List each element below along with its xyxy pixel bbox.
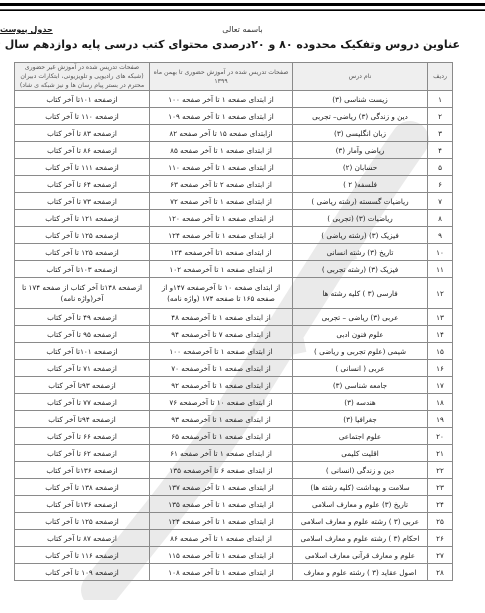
remote-pages-cell: ازصفحه ۱۲۱ تا آخر کتاب <box>15 210 150 227</box>
table-row: ۱۴علوم فنون ادبیاز ابتدای صفحه ۷ تا آخرص… <box>15 326 453 343</box>
subject-cell: احکام (۳ ) رشته علوم و معارف اسلامی <box>293 530 428 547</box>
row-number-cell: ۸ <box>428 210 453 227</box>
remote-pages-cell: ازصفحه ۱۰۱تا آخر کتاب <box>15 91 150 108</box>
in-person-pages-cell: از ابتدای صفحه ۱تا آخرصفحه ۱۲۴ <box>150 244 293 261</box>
subject-cell: ریاضیات (۳) (تجربی ) <box>293 210 428 227</box>
row-number-cell: ۱۱ <box>428 261 453 278</box>
in-person-pages-cell: از ابتدای صفحه ۱ تا آخرصفحه ۱۰۲ <box>150 261 293 278</box>
subject-cell: علوم اجتماعی <box>293 428 428 445</box>
table-row: ۲دین و زندگی (۳) ریاضی– تجربیاز ابتدای ص… <box>15 108 453 125</box>
subject-cell: عربی (۳) ریاضی – تجربی <box>293 309 428 326</box>
table-row: ۲۱اقلیت کلیمیاز ابتدای صفحه ۱ تا آخر صفح… <box>15 445 453 462</box>
remote-pages-cell: ازصفحه ۶۴ تا آخر کتاب <box>15 176 150 193</box>
row-number-cell: ۲۵ <box>428 513 453 530</box>
in-person-pages-cell: از ابتدای صفحه ۱ تا آخرصفحه ۶۵ <box>150 428 293 445</box>
row-number-cell: ۶ <box>428 176 453 193</box>
in-person-pages-cell: از ابتدای صفحه ۱ تا آخر صفحه ۱۲۰ <box>150 210 293 227</box>
in-person-pages-cell: از ابتدای صفحه ۱ تا آخرصفحه ۴۸ <box>150 309 293 326</box>
subject-cell: فلسفه( ۲ ) <box>293 176 428 193</box>
subject-cell: شیمی (علوم تجربی و ریاضی ) <box>293 343 428 360</box>
remote-pages-cell: ازصفحه ۸۷ تا آخر کتاب <box>15 530 150 547</box>
remote-pages-cell: ازصفحه ۱۰۳تا آخر کتاب <box>15 261 150 278</box>
subject-cell: تاریخ (۳) علوم و معارف اسلامی <box>293 496 428 513</box>
row-number-cell: ۵ <box>428 159 453 176</box>
table-row: ۱۷جامعه شناسی (۳)از ابتدای صفحه ۱ تا آخر… <box>15 377 453 394</box>
in-person-pages-cell: از ابتدای صفحه ۱ تا آخرصفحه ۷۰ <box>150 360 293 377</box>
row-number-cell: ۲۸ <box>428 564 453 581</box>
subject-cell: فارسی (۳ ) کلیه رشته ها <box>293 278 428 309</box>
row-number-cell: ۱۳ <box>428 309 453 326</box>
row-number-cell: ۲۴ <box>428 496 453 513</box>
in-person-pages-cell: از ابتدای صفحه ۶ تا آخرصفحه ۱۳۵ <box>150 462 293 479</box>
bismillah-heading: باسمه تعالی <box>0 25 485 34</box>
curriculum-table: ردیف نام درس صفحات تدریس شده در آموزش حض… <box>14 62 453 581</box>
table-row: ۲۴تاریخ (۳) علوم و معارف اسلامیاز ابتدای… <box>15 496 453 513</box>
row-number-cell: ۱۲ <box>428 278 453 309</box>
table-row: ۳زبان انگلیسی (۳)ازابتدای صفحه ۱۵ تا آخر… <box>15 125 453 142</box>
subject-cell: جغرافیا (۳) <box>293 411 428 428</box>
in-person-pages-cell: از ابتدای صفحه ۱ تا آخر صفحه ۱۳۷ <box>150 479 293 496</box>
table-row: ۲۸اصول عقاید (۳ ) رشته علوم و معارفاز اب… <box>15 564 453 581</box>
row-number-cell: ۷ <box>428 193 453 210</box>
remote-pages-cell: ازصفحه ۷۱ تا آخر کتاب <box>15 360 150 377</box>
in-person-pages-cell: از ابتدای صفحه ۱ تا آخر صفحه ۱۱۵ <box>150 547 293 564</box>
row-number-cell: ۲۷ <box>428 547 453 564</box>
row-number-cell: ۱ <box>428 91 453 108</box>
table-row: ۱زیست شناسی (۳)از ابتدای صفحه ۱ تا آخر ص… <box>15 91 453 108</box>
row-number-cell: ۲۱ <box>428 445 453 462</box>
row-number-cell: ۱۸ <box>428 394 453 411</box>
remote-pages-cell: ازصفحه ۱۲۵ تا آخر کتاب <box>15 244 150 261</box>
table-row: ۱۲فارسی (۳ ) کلیه رشته هااز ابتدای صفحه … <box>15 278 453 309</box>
in-person-pages-cell: ازابتدای صفحه ۱۵ تا آخر صفحه ۸۲ <box>150 125 293 142</box>
table-row: ۲۶احکام (۳ ) رشته علوم و معارف اسلامیاز … <box>15 530 453 547</box>
header-row-number: ردیف <box>428 63 453 91</box>
row-number-cell: ۴ <box>428 142 453 159</box>
in-person-pages-cell: از ابتدای صفحه ۱ تا آخر صفحه ۱۰۰ <box>150 91 293 108</box>
subject-cell: عربی (۳ ) رشته علوم و معارف اسلامی <box>293 513 428 530</box>
in-person-pages-cell: از ابتدای صفحه ۱ تا آخر صفحه ۱۲۴ <box>150 513 293 530</box>
table-row: ۱۸هندسه (۳)از ابتدای صفحه ۱۰ تا آخرصفحه … <box>15 394 453 411</box>
subject-cell: علوم فنون ادبی <box>293 326 428 343</box>
top-thin-rule <box>0 9 485 10</box>
row-number-cell: ۲۶ <box>428 530 453 547</box>
table-row: ۹فیزیک (۳) (رشته ریاضی )از ابتدای صفحه ۱… <box>15 227 453 244</box>
subject-cell: اصول عقاید (۳ ) رشته علوم و معارف <box>293 564 428 581</box>
subject-cell: سلامت و بهداشت (کلیه رشته ها) <box>293 479 428 496</box>
subject-cell: ریاضیات گسسته (رشته ریاضی ) <box>293 193 428 210</box>
in-person-pages-cell: از ابتدای صفحه ۱ تا آخر صفحه ۱۰۸ <box>150 564 293 581</box>
remote-pages-cell: ازصفحه ۹۴تا آخر کتاب <box>15 411 150 428</box>
subject-cell: دین و زندگی (۳) ریاضی– تجربی <box>293 108 428 125</box>
row-number-cell: ۱۶ <box>428 360 453 377</box>
header-in-person-pages: صفحات تدریس شده در آموزش حضوری تا بهمن م… <box>150 63 293 91</box>
in-person-pages-cell: از ابتدای صفحه ۱۰ تا آخرصفحه ۱۴۷و از صفح… <box>150 278 293 309</box>
remote-pages-cell: ازصفحه ۱۲۵ تا آخر کتاب <box>15 513 150 530</box>
in-person-pages-cell: از ابتدای صفحه ۱ تا آخر صفحه ۱۱۰ <box>150 159 293 176</box>
table-row: ۱۳عربی (۳) ریاضی – تجربیاز ابتدای صفحه ۱… <box>15 309 453 326</box>
remote-pages-cell: ازصفحه ۱۱۱ تا آخر کتاب <box>15 159 150 176</box>
table-row: ۱۱فیزیک (۳) (رشته تجربی )از ابتدای صفحه … <box>15 261 453 278</box>
in-person-pages-cell: از ابتدای صفحه ۱ تا آخر صفحه ۱۰۹ <box>150 108 293 125</box>
table-row: ۵حسابان (۲)از ابتدای صفحه ۱ تا آخر صفحه … <box>15 159 453 176</box>
table-row: ۱۹جغرافیا (۳)از ابتدای صفحه ۱ تا آخرصفحه… <box>15 411 453 428</box>
table-row: ۲۳سلامت و بهداشت (کلیه رشته ها)از ابتدای… <box>15 479 453 496</box>
in-person-pages-cell: از ابتدای صفحه ۱ تا آخر صفحه ۶۱ <box>150 445 293 462</box>
in-person-pages-cell: از ابتدای صفحه ۱ تا آخر صفحه ۷۲ <box>150 193 293 210</box>
row-number-cell: ۹ <box>428 227 453 244</box>
in-person-pages-cell: از ابتدای صفحه ۱ تا آخرصفحه ۱۰۰ <box>150 343 293 360</box>
subject-cell: تاریخ (۳) رشته انسانی <box>293 244 428 261</box>
remote-pages-cell: ازصفحه ۴۹ تا آخر کتاب <box>15 309 150 326</box>
table-row: ۱۰تاریخ (۳) رشته انسانیاز ابتدای صفحه ۱ت… <box>15 244 453 261</box>
table-row: ۷ریاضیات گسسته (رشته ریاضی )از ابتدای صف… <box>15 193 453 210</box>
row-number-cell: ۳ <box>428 125 453 142</box>
row-number-cell: ۱۰ <box>428 244 453 261</box>
subject-cell: دین و زندگی (انسانی ) <box>293 462 428 479</box>
header-remote-pages: صفحات تدریس شده در آموزش غیر حضوری (شبکه… <box>15 63 150 91</box>
remote-pages-cell: ازصفحه ۶۶ تا آخر کتاب <box>15 428 150 445</box>
in-person-pages-cell: از ابتدای صفحه ۷ تا آخرصفحه ۹۴ <box>150 326 293 343</box>
row-number-cell: ۱۵ <box>428 343 453 360</box>
subject-cell: زبان انگلیسی (۳) <box>293 125 428 142</box>
remote-pages-cell: ازصفحه ۶۲ تا آخر کتاب <box>15 445 150 462</box>
row-number-cell: ۲۲ <box>428 462 453 479</box>
row-number-cell: ۲۳ <box>428 479 453 496</box>
subject-cell: عربی ( انسانی ) <box>293 360 428 377</box>
table-header-row: ردیف نام درس صفحات تدریس شده در آموزش حض… <box>15 63 453 91</box>
subject-cell: اقلیت کلیمی <box>293 445 428 462</box>
in-person-pages-cell: از ابتدای صفحه ۱ تا آخر صفحه ۱۲۴ <box>150 227 293 244</box>
row-number-cell: ۱۹ <box>428 411 453 428</box>
remote-pages-cell: ازصفحه ۹۵ تا آخر کتاب <box>15 326 150 343</box>
row-number-cell: ۲۰ <box>428 428 453 445</box>
subject-cell: جامعه شناسی (۳) <box>293 377 428 394</box>
row-number-cell: ۱۴ <box>428 326 453 343</box>
subject-cell: حسابان (۲) <box>293 159 428 176</box>
table-row: ۲۵عربی (۳ ) رشته علوم و معارف اسلامیاز ا… <box>15 513 453 530</box>
table-row: ۶فلسفه( ۲ )از ابتدای صفحه ۲ تا آخر صفحه … <box>15 176 453 193</box>
remote-pages-cell: ازصفحه ۷۷ تا آخر کتاب <box>15 394 150 411</box>
table-row: ۱۵شیمی (علوم تجربی و ریاضی )از ابتدای صف… <box>15 343 453 360</box>
in-person-pages-cell: از ابتدای صفحه ۲ تا آخر صفحه ۶۳ <box>150 176 293 193</box>
remote-pages-cell: ازصفحه ۷۳ تا آخر کتاب <box>15 193 150 210</box>
in-person-pages-cell: از ابتدای صفحه ۱۰ تا آخرصفحه ۷۶ <box>150 394 293 411</box>
table-row: ۴ریاضی وآمار (۳)از ابتدای صفحه ۱ تا آخر … <box>15 142 453 159</box>
subject-cell: زیست شناسی (۳) <box>293 91 428 108</box>
in-person-pages-cell: از ابتدای صفحه ۱ تا آخرصفحه ۹۲ <box>150 377 293 394</box>
table-row: ۲۲دین و زندگی (انسانی )از ابتدای صفحه ۶ … <box>15 462 453 479</box>
table-row: ۱۶عربی ( انسانی )از ابتدای صفحه ۱ تا آخر… <box>15 360 453 377</box>
in-person-pages-cell: از ابتدای صفحه ۱ تا آخر صفحه ۸۵ <box>150 142 293 159</box>
in-person-pages-cell: از ابتدای صفحه ۱ تا آخر صفحه ۸۶ <box>150 530 293 547</box>
header-subject: نام درس <box>293 63 428 91</box>
subject-cell: فیزیک (۳) (رشته تجربی ) <box>293 261 428 278</box>
remote-pages-cell: ازصفحه ۸۳ تا آخر کتاب <box>15 125 150 142</box>
subject-cell: ریاضی وآمار (۳) <box>293 142 428 159</box>
remote-pages-cell: ازصفحه ۱۱۰ تا آخر کتاب <box>15 108 150 125</box>
remote-pages-cell: ازصفحه ۸۶ تا آخر کتاب <box>15 142 150 159</box>
in-person-pages-cell: از ابتدای صفحه ۱ تا آخر صفحه ۱۳۵ <box>150 496 293 513</box>
remote-pages-cell: ازصفحه ۱۳۶تا آخر کتاب <box>15 462 150 479</box>
row-number-cell: ۱۷ <box>428 377 453 394</box>
remote-pages-cell: ازصفحه ۱۱۶ تا آخر کتاب <box>15 547 150 564</box>
subject-cell: هندسه (۳) <box>293 394 428 411</box>
remote-pages-cell: ازصفحه ۹۳تا آخر کتاب <box>15 377 150 394</box>
remote-pages-cell: ازصفحه ۱۰۹ تا آخر کتاب <box>15 564 150 581</box>
table-row: ۲۷علوم و معارف قرآنی معارف اسلامیاز ابتد… <box>15 547 453 564</box>
remote-pages-cell: ازصفحه ۱۲۵ تا آخر کتاب <box>15 227 150 244</box>
subject-cell: فیزیک (۳) (رشته ریاضی ) <box>293 227 428 244</box>
subject-cell: علوم و معارف قرآنی معارف اسلامی <box>293 547 428 564</box>
table-row: ۸ریاضیات (۳) (تجربی )از ابتدای صفحه ۱ تا… <box>15 210 453 227</box>
in-person-pages-cell: از ابتدای صفحه ۱ تا آخرصفحه ۹۳ <box>150 411 293 428</box>
remote-pages-cell: ازصفحه ۱۴۸تا آخر کتاب از صفحه ۱۷۴ تا آخر… <box>15 278 150 309</box>
table-row: ۲۰علوم اجتماعیاز ابتدای صفحه ۱ تا آخرصفح… <box>15 428 453 445</box>
remote-pages-cell: ازصفحه ۱۰۱تا آخر کتاب <box>15 343 150 360</box>
document-title: عناوین دروس وتفکیک محدوده ۸۰ و ۲۰درصدی م… <box>20 38 460 51</box>
remote-pages-cell: ازصفحه ۱۳۶تا آخر کتاب <box>15 496 150 513</box>
remote-pages-cell: ازصفحه ۱۳۸ تا آخر کتاب <box>15 479 150 496</box>
row-number-cell: ۲ <box>428 108 453 125</box>
